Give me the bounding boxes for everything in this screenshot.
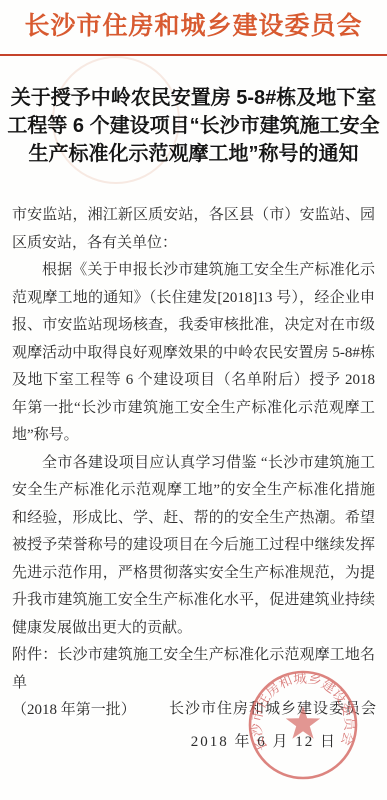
signature-block: 长沙市住房和城乡建设委员会 2018 年 6 月 12 日 (169, 697, 377, 751)
title-line-2: 工程等 6 个建设项目“长沙市建筑施工安全 (0, 112, 387, 140)
paragraph-1: 根据《关于申报长沙市建筑施工安全生产标准化示范观摩工地的通知》（长住建发[201… (12, 257, 375, 450)
document-body: 市安监站，湘江新区质安站，各区县（市）安监站、园区质安站，各有关单位： 根据《关… (12, 202, 375, 725)
attachment-line-1: 附件：长沙市建筑施工安全生产标准化示范观摩工地名单 (12, 642, 375, 697)
letterhead-divider (0, 54, 387, 56)
title-line-3: 生产标准化示范观摩工地”称号的通知 (0, 140, 387, 168)
paragraph-2: 全市各建设项目应认真学习借鉴 “长沙市建筑施工安全生产标准化示范观摩工地”的安全… (12, 450, 375, 643)
document-title: 关于授予中岭农民安置房 5-8#栋及地下室 工程等 6 个建设项目“长沙市建筑施… (0, 84, 387, 168)
signature-date: 2018 年 6 月 12 日 (169, 730, 377, 751)
document-page: 长沙市住房和城乡建设委员会 关于授予中岭农民安置房 5-8#栋及地下室 工程等 … (0, 0, 387, 800)
signature-agency: 长沙市住房和城乡建设委员会 (169, 697, 377, 718)
letterhead-agency-name: 长沙市住房和城乡建设委员会 (0, 0, 387, 42)
title-line-1: 关于授予中岭农民安置房 5-8#栋及地下室 (0, 84, 387, 112)
salutation: 市安监站，湘江新区质安站，各区县（市）安监站、园区质安站，各有关单位： (12, 202, 375, 257)
